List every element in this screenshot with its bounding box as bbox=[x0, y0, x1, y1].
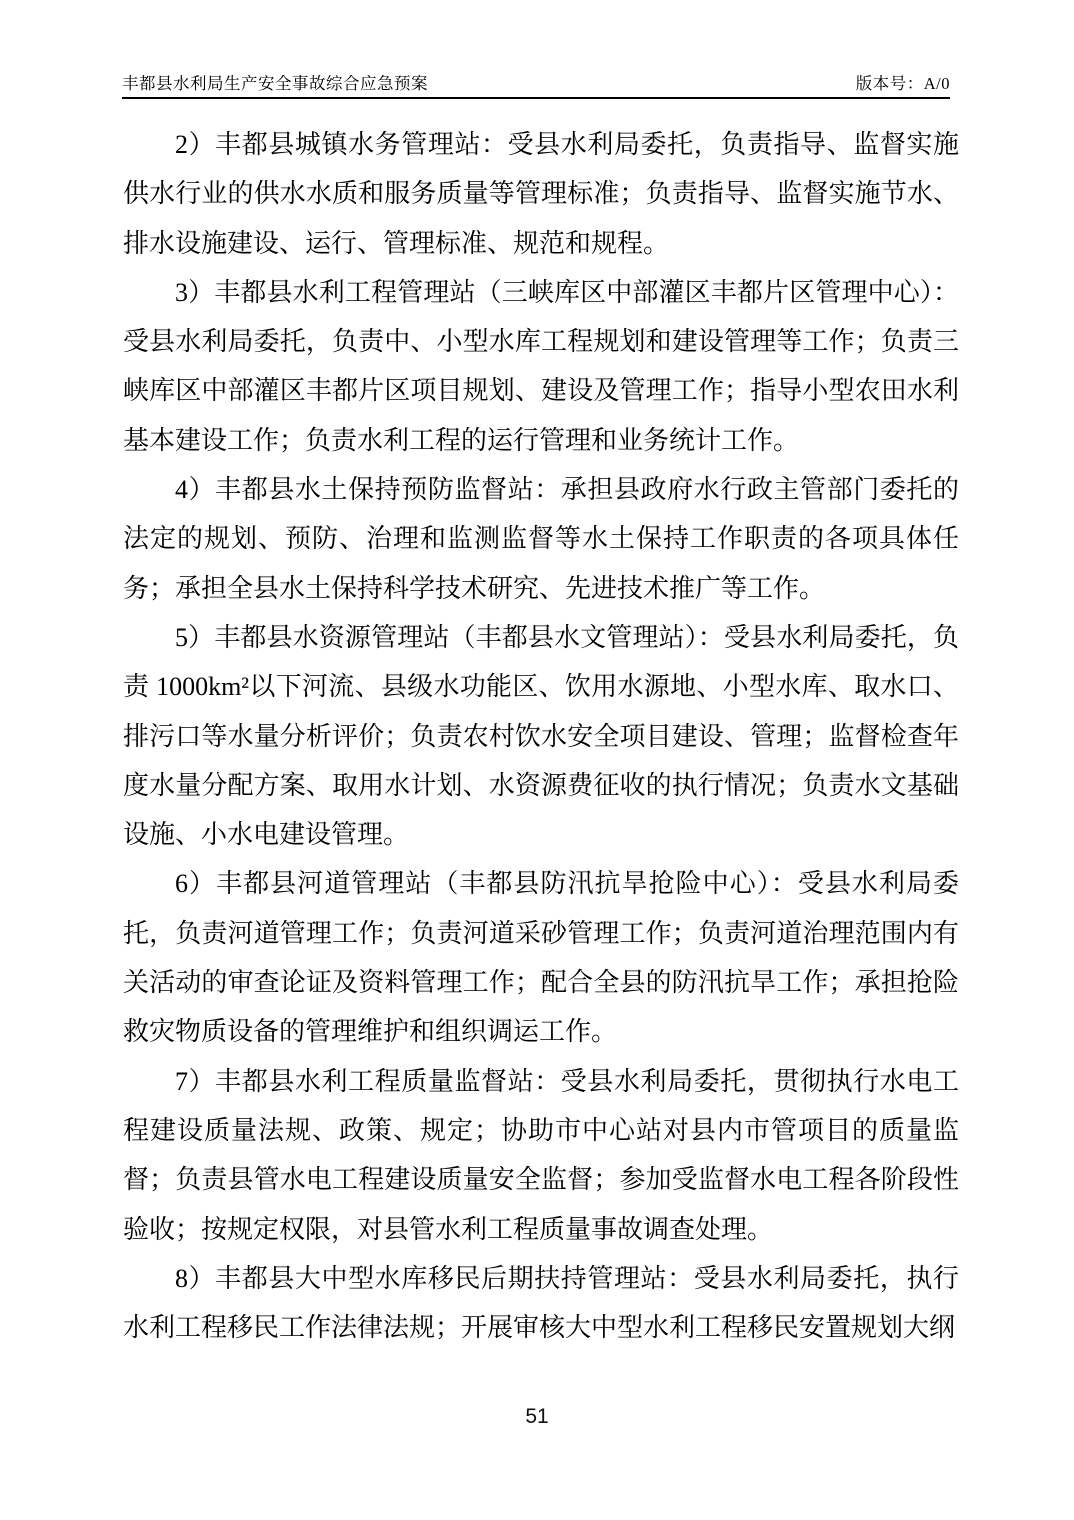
paragraph-line: 托，负责河道管理工作；负责河道采砂管理工作；负责河道治理范围内有 bbox=[123, 909, 959, 958]
paragraph-line: 排污口等水量分析评价；负责农村饮水安全项目建设、管理；监督检查年 bbox=[123, 712, 959, 761]
document-body: 2）丰都县城镇水务管理站：受县水利局委托，负责指导、监督实施供水行业的供水水质和… bbox=[123, 120, 959, 1352]
paragraph-line: 8）丰都县大中型水库移民后期扶持管理站：受县水利局委托，执行 bbox=[123, 1254, 959, 1303]
header-version-label: 版本号：A/0 bbox=[856, 74, 950, 94]
paragraph-line: 7）丰都县水利工程质量监督站：受县水利局委托，贯彻执行水电工 bbox=[123, 1057, 959, 1106]
paragraph-line: 责 1000km²以下河流、县级水功能区、饮用水源地、小型水库、取水口、 bbox=[123, 662, 959, 711]
paragraph-line: 督；负责县管水电工程建设质量安全监督；参加受监督水电工程各阶段性 bbox=[123, 1155, 959, 1204]
paragraph: 6）丰都县河道管理站（丰都县防汛抗旱抢险中心）：受县水利局委托，负责河道管理工作… bbox=[123, 859, 959, 1056]
paragraph-line: 设施、小水电建设管理。 bbox=[123, 810, 959, 859]
paragraph-line: 验收；按规定权限，对县管水利工程质量事故调查处理。 bbox=[123, 1205, 959, 1254]
paragraph-line: 关活动的审查论证及资料管理工作；配合全县的防汛抗旱工作；承担抢险 bbox=[123, 958, 959, 1007]
page-footer: 51 bbox=[0, 1402, 1074, 1432]
paragraph: 8）丰都县大中型水库移民后期扶持管理站：受县水利局委托，执行水利工程移民工作法律… bbox=[123, 1254, 959, 1353]
paragraph: 5）丰都县水资源管理站（丰都县水文管理站）：受县水利局委托，负责 1000km²… bbox=[123, 613, 959, 859]
paragraph-line: 法定的规划、预防、治理和监测监督等水土保持工作职责的各项具体任 bbox=[123, 514, 959, 563]
page-header: 丰都县水利局生产安全事故综合应急预案 版本号：A/0 bbox=[122, 74, 950, 94]
paragraph: 4）丰都县水土保持预防监督站：承担县政府水行政主管部门委托的法定的规划、预防、治… bbox=[123, 465, 959, 613]
header-title: 丰都县水利局生产安全事故综合应急预案 bbox=[122, 74, 428, 94]
paragraph-line: 救灾物质设备的管理维护和组织调运工作。 bbox=[123, 1007, 959, 1056]
paragraph-line: 基本建设工作；负责水利工程的运行管理和业务统计工作。 bbox=[123, 416, 959, 465]
paragraph-line: 排水设施建设、运行、管理标准、规范和规程。 bbox=[123, 219, 959, 268]
paragraph: 7）丰都县水利工程质量监督站：受县水利局委托，贯彻执行水电工程建设质量法规、政策… bbox=[123, 1057, 959, 1254]
paragraph-line: 3）丰都县水利工程管理站（三峡库区中部灌区丰都片区管理中心）： bbox=[123, 268, 959, 317]
paragraph-line: 程建设质量法规、政策、规定；协助市中心站对县内市管项目的质量监 bbox=[123, 1106, 959, 1155]
paragraph-line: 受县水利局委托，负责中、小型水库工程规划和建设管理等工作；负责三 bbox=[123, 317, 959, 366]
paragraph: 3）丰都县水利工程管理站（三峡库区中部灌区丰都片区管理中心）：受县水利局委托，负… bbox=[123, 268, 959, 465]
document-page: 丰都县水利局生产安全事故综合应急预案 版本号：A/0 2）丰都县城镇水务管理站：… bbox=[0, 0, 1074, 1520]
paragraph-line: 度水量分配方案、取用水计划、水资源费征收的执行情况；负责水文基础 bbox=[123, 761, 959, 810]
paragraph-line: 2）丰都县城镇水务管理站：受县水利局委托，负责指导、监督实施 bbox=[123, 120, 959, 169]
paragraph-line: 水利工程移民工作法律法规；开展审核大中型水利工程移民安置规划大纲 bbox=[123, 1303, 959, 1352]
paragraph-line: 5）丰都县水资源管理站（丰都县水文管理站）：受县水利局委托，负 bbox=[123, 613, 959, 662]
paragraph-line: 供水行业的供水水质和服务质量等管理标准；负责指导、监督实施节水、 bbox=[123, 169, 959, 218]
paragraph-line: 峡库区中部灌区丰都片区项目规划、建设及管理工作；指导小型农田水利 bbox=[123, 366, 959, 415]
paragraph: 2）丰都县城镇水务管理站：受县水利局委托，负责指导、监督实施供水行业的供水水质和… bbox=[123, 120, 959, 268]
paragraph-line: 4）丰都县水土保持预防监督站：承担县政府水行政主管部门委托的 bbox=[123, 465, 959, 514]
page-number: 51 bbox=[525, 1405, 548, 1428]
header-rule bbox=[122, 97, 950, 99]
paragraph-line: 6）丰都县河道管理站（丰都县防汛抗旱抢险中心）：受县水利局委 bbox=[123, 859, 959, 908]
paragraph-line: 务；承担全县水土保持科学技术研究、先进技术推广等工作。 bbox=[123, 564, 959, 613]
